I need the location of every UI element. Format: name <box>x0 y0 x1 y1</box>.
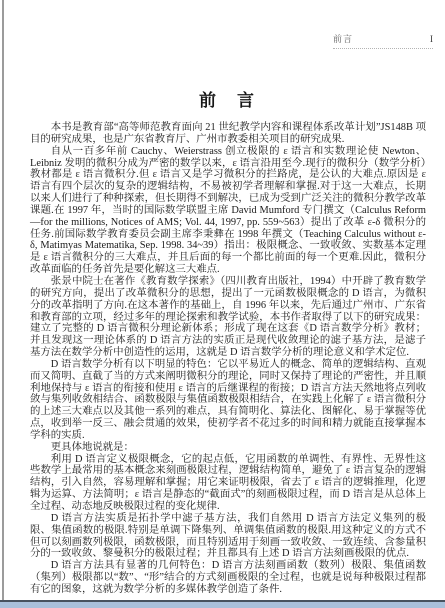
paragraph: D 语言数学分析有以下明显的特色：它以平易近人的概念、简单的逻辑结构、直观而又简… <box>30 359 426 442</box>
scanned-page: 前言 I 前 言 本书是教育部“高等师范教育面向 21 世纪教学内容和课程体系改… <box>0 0 445 608</box>
paragraph: 更具体地说就是： <box>30 442 426 454</box>
paragraph: 利用 D 语言定义极限概念，它的起点低，它用函数的单调性、有界性、无界性这些数学… <box>30 454 426 513</box>
page-header: 前言 I <box>333 32 433 49</box>
running-title: 前言 <box>333 32 353 45</box>
paragraph: 张景中院士在著作《教育数学探索》（四川教育出版社，1994）中开辟了教育数学的研… <box>30 276 426 359</box>
viewer-bottom-bar <box>0 602 445 608</box>
chapter-title: 前 言 <box>30 86 425 111</box>
body-text: 本书是教育部“高等师范教育面向 21 世纪教学内容和课程体系改革计划”JS148… <box>30 122 426 596</box>
paragraph: D 语言方法具有显著的几何特色：D 语言方法刻画函数（数列）极限、集值函数（集列… <box>30 560 426 596</box>
paragraph: 本书是教育部“高等师范教育面向 21 世纪教学内容和课程体系改革计划”JS148… <box>30 122 426 146</box>
page-number: I <box>430 35 433 45</box>
paragraph: D 语言方法实质是拓扑学中滤子基方法，我们自然用 D 语言方法定义集列的极限、集… <box>30 513 426 560</box>
scan-edge-line <box>2 0 4 601</box>
paragraph: 自从一百多年前 Cauchy、Weierstrass 创立极限的 ε 语言和实数… <box>30 146 426 276</box>
